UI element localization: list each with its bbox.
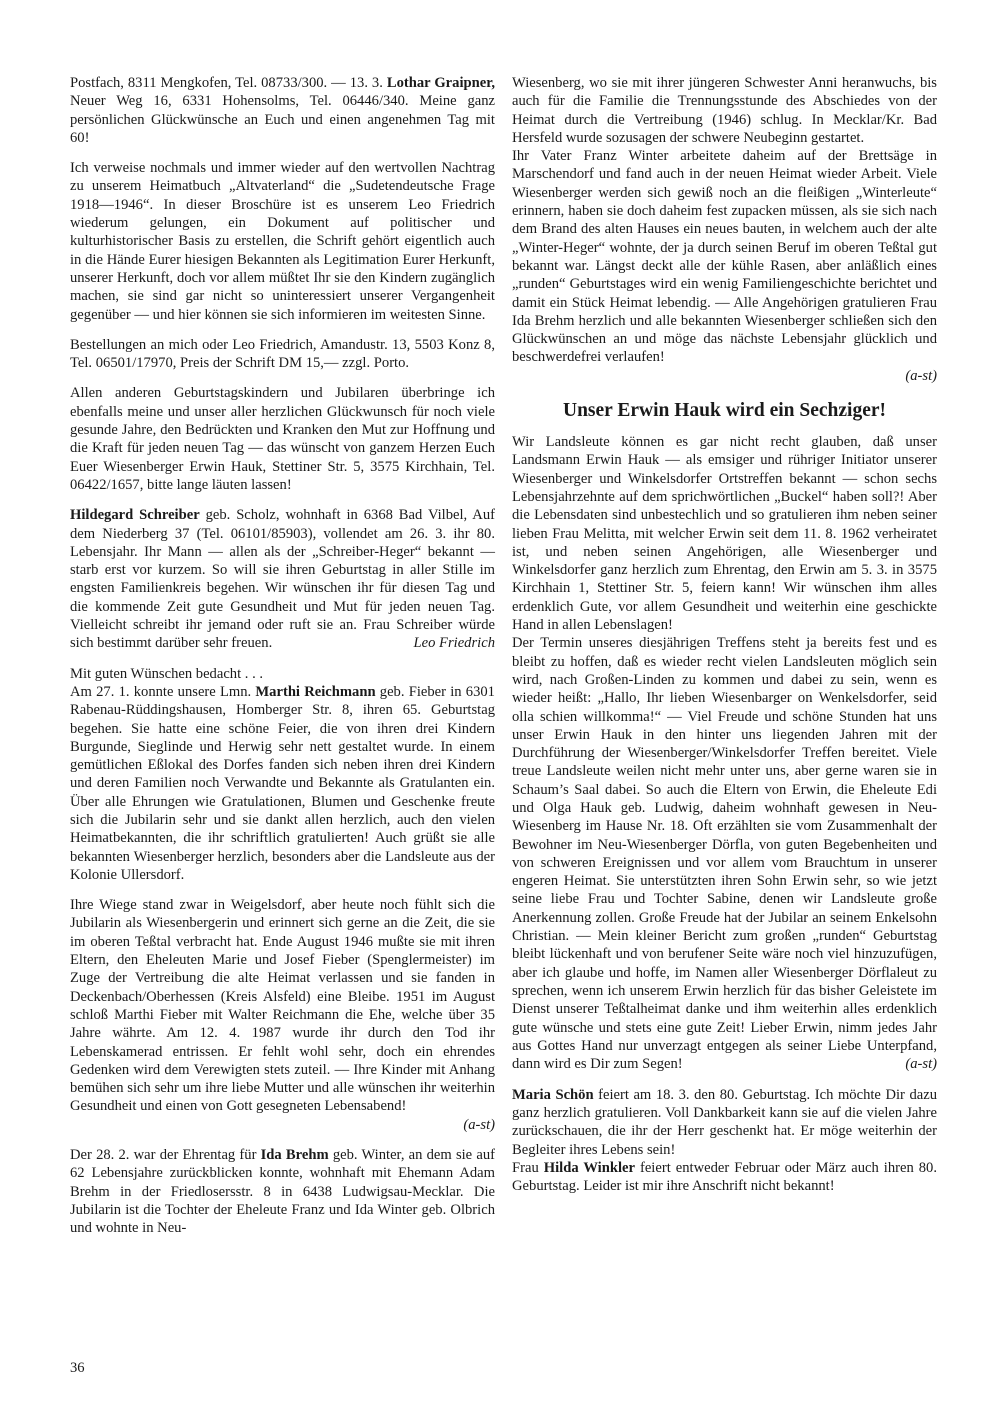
name-maria-schoen: Maria Schön: [512, 1087, 594, 1103]
right-column: Wiesenberg, wo sie mit ihrer jüngeren Sc…: [512, 74, 937, 1208]
paragraph-wiege: Ihre Wiege stand zwar in Weigelsdorf, ab…: [70, 896, 495, 1116]
paragraph-treffen: Der Termin unseres diesjährigen Treffens…: [512, 634, 937, 1073]
name-hilda-winkler: Hilda Winkler: [544, 1160, 635, 1176]
paragraph-brehm: Der 28. 2. war der Ehrentag für Ida Breh…: [70, 1146, 495, 1237]
paragraph-gruesse: Allen anderen Geburtstagskindern und Jub…: [70, 384, 495, 494]
signature-leo-friedrich: Leo Friedrich: [414, 634, 495, 652]
left-column: Postfach, 8311 Mengkofen, Tel. 08733/300…: [70, 74, 495, 1250]
paragraph-hauk: Wir Landsleute können es gar nicht recht…: [512, 433, 937, 634]
paragraph-maria-schoen: Maria Schön feiert am 18. 3. den 80. Geb…: [512, 1086, 937, 1159]
paragraph-schreiber: Hildegard Schreiber geb. Scholz, wohnhaf…: [70, 506, 495, 652]
paragraph-vater: Ihr Vater Franz Winter arbeitete daheim …: [512, 147, 937, 367]
article-heading: Unser Erwin Hauk wird ein Sechziger!: [512, 399, 937, 423]
paragraph-intro-wuensche: Mit guten Wünschen bedacht . . .: [70, 665, 495, 683]
name-marthi-reichmann: Marthi Reichmann: [255, 684, 375, 700]
signature-a-st: (a-st): [70, 1116, 495, 1134]
paragraph-graipner: Postfach, 8311 Mengkofen, Tel. 08733/300…: [70, 74, 495, 147]
signature-a-st: (a-st): [512, 367, 937, 385]
name-lothar-graipner: Lothar Graipner,: [387, 75, 495, 91]
paragraph-wiesenberg: Wiesenberg, wo sie mit ihrer jüngeren Sc…: [512, 74, 937, 147]
paragraph-bestellungen: Bestellungen an mich oder Leo Friedrich,…: [70, 336, 495, 373]
paragraph-broschuere: Ich verweise nochmals und immer wieder a…: [70, 159, 495, 324]
name-ida-brehm: Ida Brehm: [261, 1147, 329, 1163]
name-hildegard-schreiber: Hildegard Schreiber: [70, 507, 200, 523]
paragraph-hilda-winkler: Frau Hilda Winkler feiert entweder Febru…: [512, 1159, 937, 1196]
paragraph-reichmann: Am 27. 1. konnte unsere Lmn. Marthi Reic…: [70, 683, 495, 884]
page-number: 36: [70, 1360, 85, 1377]
